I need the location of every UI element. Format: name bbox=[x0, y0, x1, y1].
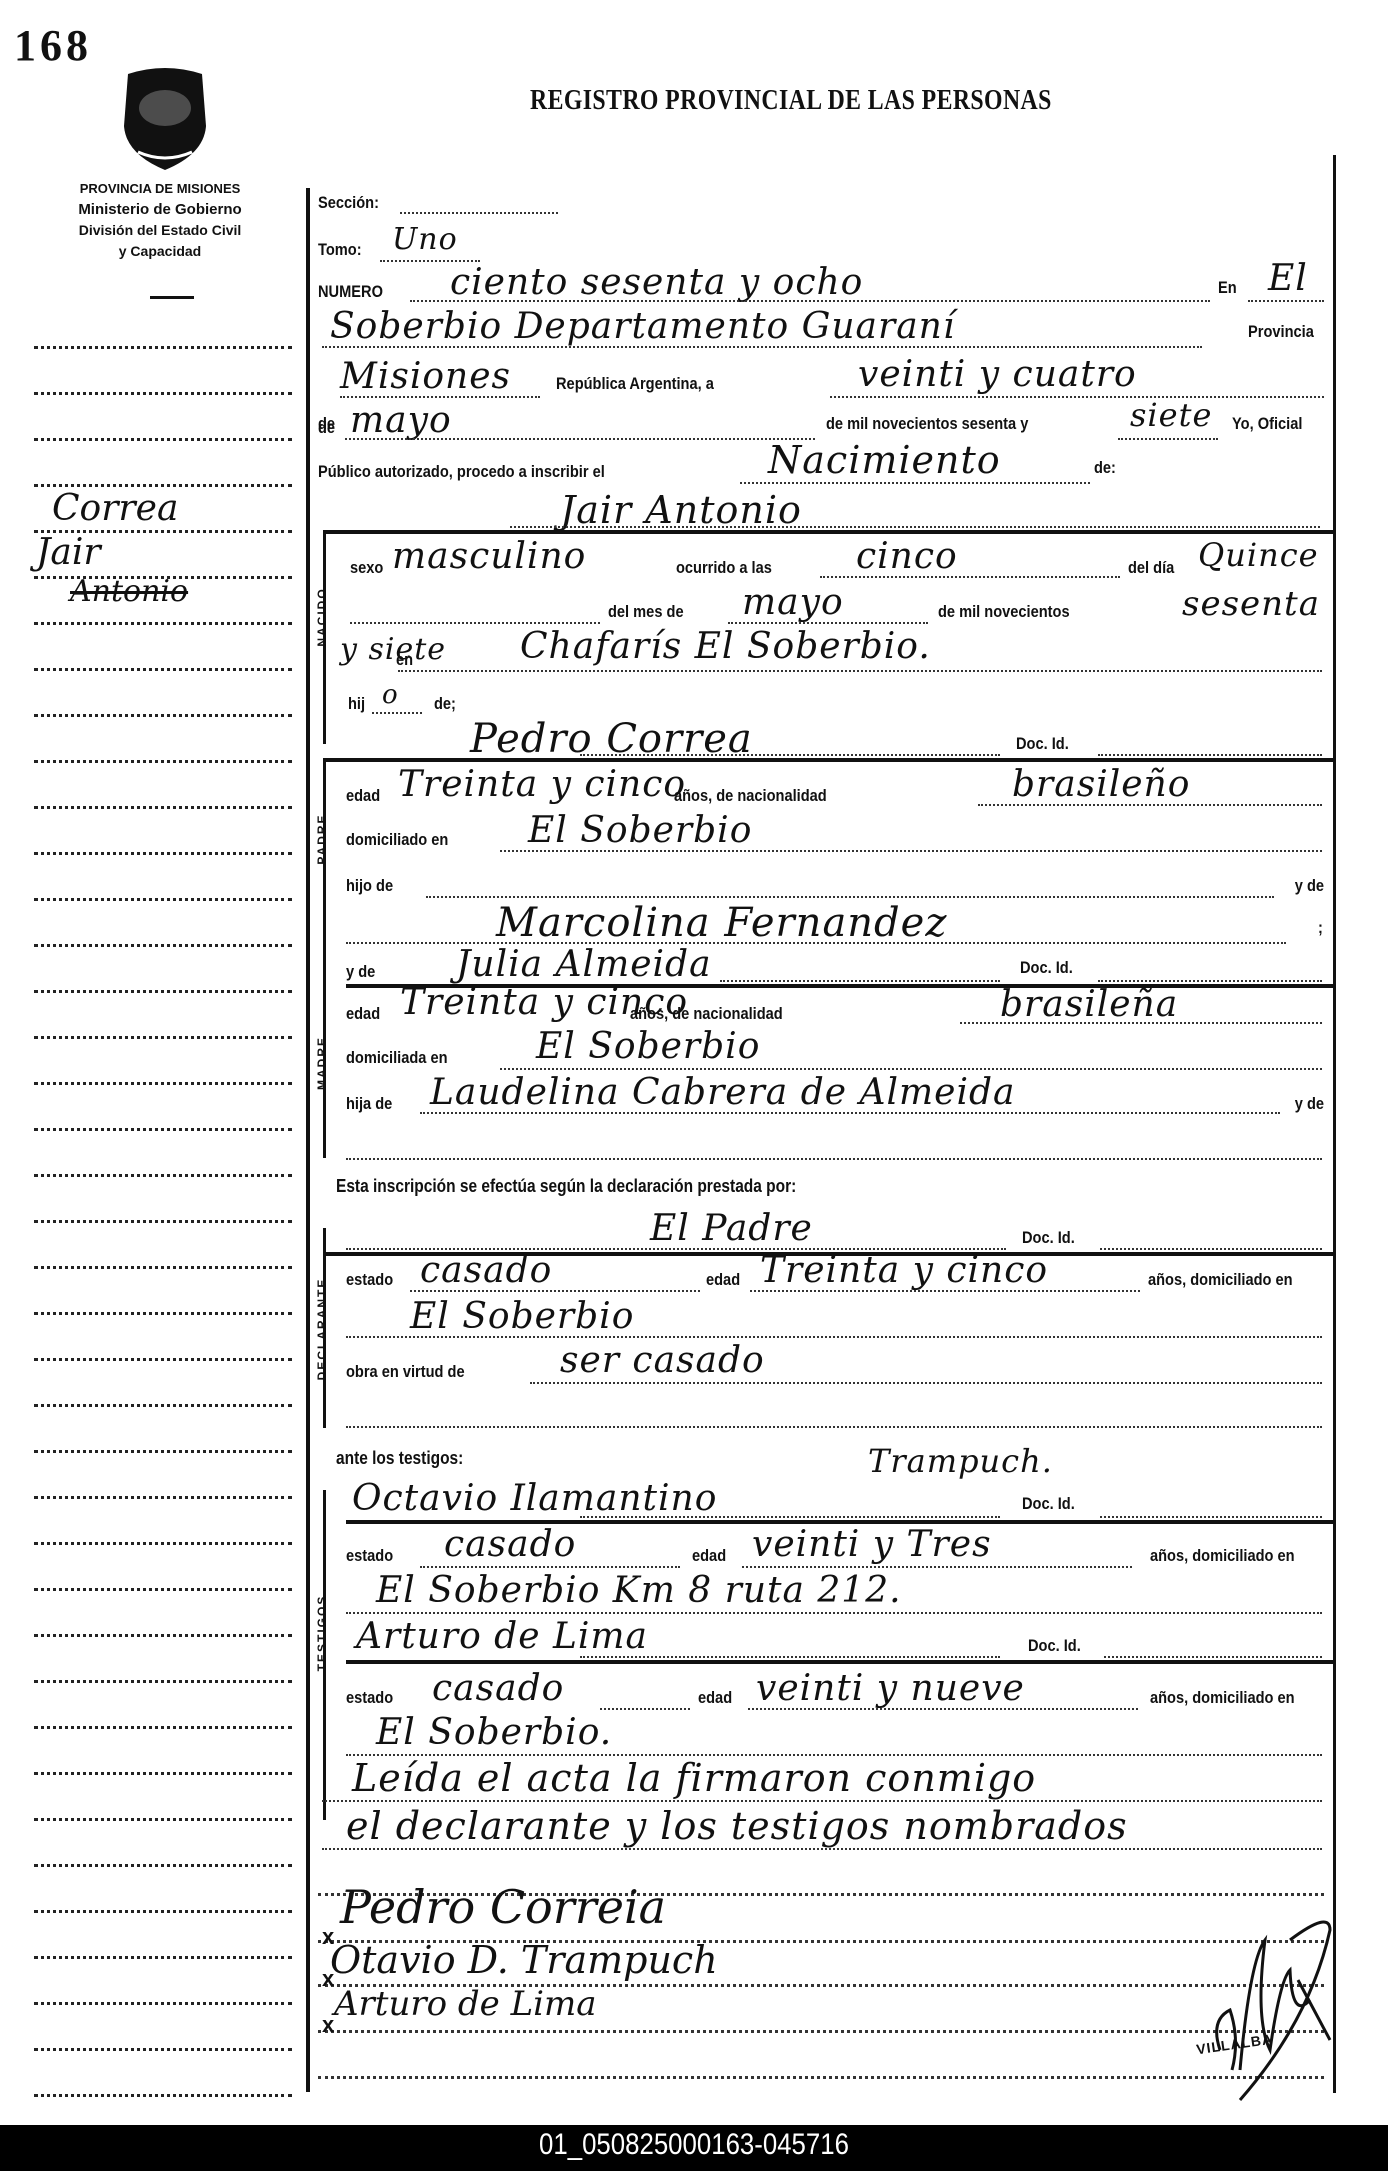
hijo-de-label: de; bbox=[434, 694, 456, 714]
madre-name[interactable]: Julia Almeida bbox=[456, 944, 712, 985]
en-field-line bbox=[1248, 300, 1324, 302]
testigo1-estado-line bbox=[420, 1566, 680, 1568]
margin-ruled-line bbox=[34, 898, 292, 901]
madre-nacionalidad-label: años, de nacionalidad bbox=[630, 1004, 783, 1024]
padre-rule bbox=[326, 758, 1334, 762]
declarante-estado-value[interactable]: casado bbox=[420, 1250, 552, 1291]
margin-ruled-line bbox=[34, 760, 292, 763]
agency-capacity: y Capacidad bbox=[20, 241, 300, 262]
margin-ruled-line bbox=[34, 484, 292, 487]
testigo1-estado-label: estado bbox=[346, 1546, 393, 1566]
mes-field-line bbox=[728, 622, 928, 624]
margin-ruled-line bbox=[34, 944, 292, 947]
testigo1-name-line bbox=[580, 1516, 1000, 1518]
provincial-coat-of-arms-icon bbox=[118, 66, 212, 172]
closing-line-1-rule bbox=[322, 1800, 1322, 1802]
republica-label: República Argentina, a bbox=[556, 374, 714, 394]
testigo2-name[interactable]: Arturo de Lima bbox=[356, 1616, 648, 1657]
anio-label: de mil novecientos bbox=[938, 602, 1070, 622]
margin-ruled-line bbox=[34, 622, 292, 625]
margin-ruled-line bbox=[34, 1082, 292, 1085]
margin-ruled-line bbox=[34, 1358, 292, 1361]
madre-hija-de-value[interactable]: Laudelina Cabrera de Almeida bbox=[430, 1072, 1015, 1113]
margin-given-name-2: Antonio bbox=[70, 574, 188, 609]
madre-hija-de-label: hija de bbox=[346, 1094, 392, 1114]
signature-father: Pedro Correia bbox=[340, 1880, 666, 1934]
page-number: 168 bbox=[14, 20, 92, 71]
hijo-label: hij bbox=[348, 694, 365, 714]
testigos-intro: ante los testigos: bbox=[336, 1448, 463, 1469]
month-value[interactable]: mayo bbox=[350, 400, 452, 441]
madre-name-line bbox=[720, 980, 1000, 982]
declarante-domicilio-label: años, domiciliado en bbox=[1148, 1270, 1293, 1290]
padre-name-line bbox=[580, 754, 1000, 756]
declarante-doc-label: Doc. Id. bbox=[1022, 1228, 1075, 1248]
nacido-section-label: NACIDO bbox=[315, 557, 329, 677]
declarante-domicilio-value[interactable]: El Soberbio bbox=[410, 1296, 634, 1337]
margin-ruled-line bbox=[34, 2002, 292, 2005]
official-signature-icon bbox=[1180, 1900, 1340, 2110]
hora-value[interactable]: cinco bbox=[856, 536, 958, 577]
margin-ruled-line bbox=[34, 1036, 292, 1039]
act-type-value[interactable]: Nacimiento bbox=[768, 438, 1001, 482]
padre-nacionalidad-value[interactable]: brasileño bbox=[1012, 764, 1190, 805]
declarante-doc-field[interactable] bbox=[1100, 1248, 1322, 1250]
document-title: REGISTRO PROVINCIAL DE LAS PERSONAS bbox=[530, 84, 1052, 117]
mes-leading-line bbox=[350, 622, 600, 624]
signature-line-5 bbox=[318, 2076, 1324, 2079]
declarante-edad-line bbox=[750, 1290, 1140, 1292]
day-value[interactable]: veinti y cuatro bbox=[858, 354, 1137, 395]
madre-domicilio-value[interactable]: El Soberbio bbox=[536, 1026, 760, 1067]
form-left-border bbox=[306, 188, 310, 2092]
hora-field-line bbox=[820, 576, 1120, 578]
testigo2-doc-field[interactable] bbox=[1104, 1656, 1322, 1658]
padre-domicilio-line bbox=[500, 850, 1322, 852]
margin-given-name-1: Jair bbox=[36, 532, 101, 573]
margin-ruled-line bbox=[34, 1910, 292, 1913]
margin-ruled-line bbox=[34, 1312, 292, 1315]
testigo2-edad-line bbox=[748, 1708, 1138, 1710]
en-label: En bbox=[1218, 278, 1237, 298]
year-field-line bbox=[1118, 438, 1218, 440]
padre-madre-name[interactable]: Marcolina Fernandez bbox=[496, 900, 947, 946]
closing-line-2: el declarante y los testigos nombrados bbox=[346, 1804, 1128, 1848]
testigo1-domicilio-value[interactable]: El Soberbio Km 8 ruta 212. bbox=[376, 1570, 902, 1611]
day-field-line bbox=[830, 396, 1324, 398]
nacido-name-line bbox=[510, 526, 1320, 528]
madre-extra-line[interactable] bbox=[346, 1158, 1322, 1160]
year-value[interactable]: siete bbox=[1130, 396, 1212, 434]
declarante-obra-line bbox=[530, 1382, 1322, 1384]
provincia-label: Provincia bbox=[1248, 322, 1314, 342]
madre-domicilio-label: domiciliada en bbox=[346, 1048, 448, 1068]
padre-nacionalidad-line bbox=[978, 804, 1322, 806]
testigo2-domicilio-label: años, domiciliado en bbox=[1150, 1688, 1295, 1708]
testigo1-domicilio-label: años, domiciliado en bbox=[1150, 1546, 1295, 1566]
margin-ruled-line bbox=[34, 1956, 292, 1959]
tomo-value[interactable]: Uno bbox=[392, 222, 458, 257]
signature-witness-2: Arturo de Lima bbox=[334, 1984, 597, 2024]
oficial-label: Yo, Oficial bbox=[1232, 414, 1302, 434]
de-colon-label: de: bbox=[1094, 458, 1116, 478]
margin-ruled-line bbox=[34, 668, 292, 671]
testigo2-estado-label: estado bbox=[346, 1688, 393, 1708]
sexo-value[interactable]: masculino bbox=[392, 536, 586, 577]
provincia-field-line bbox=[340, 396, 540, 398]
seccion-field[interactable] bbox=[400, 212, 558, 214]
margin-ruled-line bbox=[34, 1128, 292, 1131]
margin-ruled-line bbox=[34, 438, 292, 441]
seccion-label: Sección: bbox=[318, 193, 379, 213]
padre-hijo-de-field[interactable] bbox=[426, 896, 1274, 898]
madre-y-de-label-2: y de bbox=[1295, 1094, 1324, 1114]
lugar-value[interactable]: Chafarís El Soberbio. bbox=[520, 626, 931, 667]
testigo2-rule bbox=[346, 1660, 1334, 1664]
padre-doc-label: Doc. Id. bbox=[1016, 734, 1069, 754]
margin-ruled-line bbox=[34, 1542, 292, 1545]
signature-witness-1: Otavio D. Trampuch bbox=[330, 1938, 718, 1982]
declarante-estado-label: estado bbox=[346, 1270, 393, 1290]
margin-ruled-line bbox=[34, 1772, 292, 1775]
en-field-line-2 bbox=[322, 346, 1202, 348]
testigo1-doc-field[interactable] bbox=[1100, 1516, 1322, 1518]
act-type-field-line bbox=[740, 482, 1090, 484]
margin-ruled-line bbox=[34, 1404, 292, 1407]
testigo1-edad-label: edad bbox=[692, 1546, 726, 1566]
margin-ruled-line bbox=[34, 2048, 292, 2051]
testigo1-estado-value[interactable]: casado bbox=[444, 1524, 576, 1565]
declarante-name[interactable]: El Padre bbox=[650, 1208, 813, 1249]
hijo-field-line bbox=[372, 712, 422, 714]
testigo1-name[interactable]: Octavio Ilamantino bbox=[352, 1478, 717, 1519]
margin-ruled-line bbox=[34, 1726, 292, 1729]
declarante-edad-label: edad bbox=[706, 1270, 740, 1290]
numero-label: NUMERO bbox=[318, 282, 383, 302]
testigo1-domicilio-line bbox=[346, 1612, 1322, 1614]
ocurrido-label: ocurrido a las bbox=[676, 558, 772, 578]
en-value-2[interactable]: Soberbio Departamento Guaraní bbox=[330, 306, 955, 347]
madre-hija-de-line bbox=[420, 1112, 1280, 1114]
document-id: 01_050825000163-045716 bbox=[97, 2128, 1291, 2162]
padre-doc-field[interactable] bbox=[1098, 754, 1322, 756]
agency-province: PROVINCIA DE MISIONES bbox=[20, 178, 300, 199]
declarante-intro: Esta inscripción se efectúa según la dec… bbox=[336, 1176, 796, 1197]
margin-ruled-line bbox=[34, 392, 292, 395]
margin-ruled-line bbox=[34, 806, 292, 809]
numero-value[interactable]: ciento sesenta y ocho bbox=[450, 262, 863, 303]
year-label: de mil novecientos sesenta y bbox=[826, 414, 1028, 434]
testigo2-edad-value[interactable]: veinti y nueve bbox=[756, 1668, 1025, 1709]
madre-nacionalidad-value[interactable]: brasileña bbox=[1000, 984, 1178, 1025]
anio-value-1[interactable]: sesenta bbox=[1182, 584, 1320, 624]
declarante-extra-line[interactable] bbox=[346, 1426, 1322, 1428]
declarante-section-label: DECLARANTE bbox=[315, 1269, 329, 1389]
margin-ruled-line bbox=[34, 1588, 292, 1591]
padre-y-de-label: y de bbox=[1295, 876, 1324, 896]
tomo-label: Tomo: bbox=[318, 240, 362, 260]
signature-line-4 bbox=[318, 2030, 1324, 2033]
testigo2-estado-line bbox=[600, 1708, 690, 1710]
margin-ruled-line bbox=[34, 1634, 292, 1637]
declarante-domicilio-line bbox=[346, 1336, 1322, 1338]
month-field-line bbox=[345, 438, 815, 440]
signature-mark-3: x bbox=[322, 2012, 334, 2038]
hijo-suffix[interactable]: o bbox=[382, 680, 399, 710]
testigo1-edad-value[interactable]: veinti y Tres bbox=[752, 1524, 992, 1565]
declarante-estado-line bbox=[410, 1290, 700, 1292]
margin-ruled-line bbox=[34, 852, 292, 855]
dia-label: del día bbox=[1128, 558, 1174, 578]
agency-block: PROVINCIA DE MISIONES Ministerio de Gobi… bbox=[20, 178, 300, 262]
sexo-label: sexo bbox=[350, 558, 383, 578]
en-value-1[interactable]: El bbox=[1268, 258, 1308, 299]
margin-ruled-line bbox=[34, 1266, 292, 1269]
declarante-obra-value[interactable]: ser casado bbox=[560, 1340, 765, 1381]
closing-line-2-rule bbox=[322, 1848, 1322, 1850]
madre-domicilio-line bbox=[500, 1068, 1322, 1070]
agency-division: División del Estado Civil bbox=[20, 220, 300, 241]
anio-value-2[interactable]: y siete bbox=[340, 632, 446, 667]
testigo2-doc-label: Doc. Id. bbox=[1028, 1636, 1081, 1656]
margin-ruled-line bbox=[34, 990, 292, 993]
dia-value[interactable]: Quince bbox=[1198, 536, 1319, 574]
testigo1-name-extra[interactable]: Trampuch. bbox=[868, 1442, 1053, 1480]
margin-ruled-line bbox=[34, 1496, 292, 1499]
madre-section-label: MADRE bbox=[315, 1003, 329, 1123]
padre-edad-label: edad bbox=[346, 786, 380, 806]
testigo2-edad-label: edad bbox=[698, 1688, 732, 1708]
madre-y-de-label: y de bbox=[346, 962, 375, 982]
testigo1-doc-label: Doc. Id. bbox=[1022, 1494, 1075, 1514]
margin-ruled-line bbox=[34, 1818, 292, 1821]
madre-doc-field[interactable] bbox=[1098, 980, 1322, 982]
lugar-en-label: en bbox=[396, 650, 413, 670]
closing-line-1: Leída el acta la firmaron conmigo bbox=[352, 1756, 1036, 1800]
nacido-rule bbox=[326, 530, 1334, 534]
testigo2-name-line bbox=[580, 1656, 1000, 1658]
declarante-edad-value[interactable]: Treinta y cinco bbox=[760, 1250, 1048, 1291]
margin-ruled-line bbox=[34, 1220, 292, 1223]
margin-ruled-line bbox=[34, 1864, 292, 1867]
margin-ruled-line bbox=[34, 1450, 292, 1453]
padre-edad-value[interactable]: Treinta y cinco bbox=[398, 764, 686, 805]
margin-ruled-line bbox=[34, 1680, 292, 1683]
provincia-value[interactable]: Misiones bbox=[340, 356, 511, 397]
mes-value[interactable]: mayo bbox=[742, 582, 844, 623]
agency-ministry: Ministerio de Gobierno bbox=[20, 199, 300, 220]
declarante-obra-label: obra en virtud de bbox=[346, 1362, 465, 1382]
padre-domicilio-label: domiciliado en bbox=[346, 830, 448, 850]
madre-nacionalidad-line bbox=[960, 1022, 1322, 1024]
testigos-section-label: TESTIGOS bbox=[315, 1573, 329, 1693]
padre-nacionalidad-label: años, de nacionalidad bbox=[674, 786, 827, 806]
agency-divider bbox=[150, 296, 194, 299]
padre-section-label: PADRE bbox=[315, 779, 329, 899]
de-label-2: de bbox=[318, 418, 335, 438]
semicolon: ; bbox=[1318, 918, 1323, 938]
margin-ruled-line bbox=[34, 346, 292, 349]
padre-domicilio-value[interactable]: El Soberbio bbox=[528, 810, 752, 851]
testigo1-edad-line bbox=[742, 1566, 1132, 1568]
testigo2-domicilio-value[interactable]: El Soberbio. bbox=[376, 1712, 612, 1753]
madre-doc-label: Doc. Id. bbox=[1020, 958, 1073, 978]
madre-edad-label: edad bbox=[346, 1004, 380, 1024]
lugar-field-line bbox=[398, 670, 1322, 672]
margin-ruled-line bbox=[34, 714, 292, 717]
numero-field-line bbox=[410, 300, 1210, 302]
form-right-border bbox=[1333, 155, 1336, 2093]
publico-label: Público autorizado, procedo a inscribir … bbox=[318, 462, 605, 482]
testigo2-estado-value[interactable]: casado bbox=[432, 1668, 564, 1709]
margin-ruled-line bbox=[34, 1174, 292, 1177]
padre-hijo-de-label: hijo de bbox=[346, 876, 393, 896]
margin-surname: Correa bbox=[52, 488, 178, 529]
mes-label: del mes de bbox=[608, 602, 684, 622]
margin-ruled-line bbox=[34, 2094, 292, 2097]
